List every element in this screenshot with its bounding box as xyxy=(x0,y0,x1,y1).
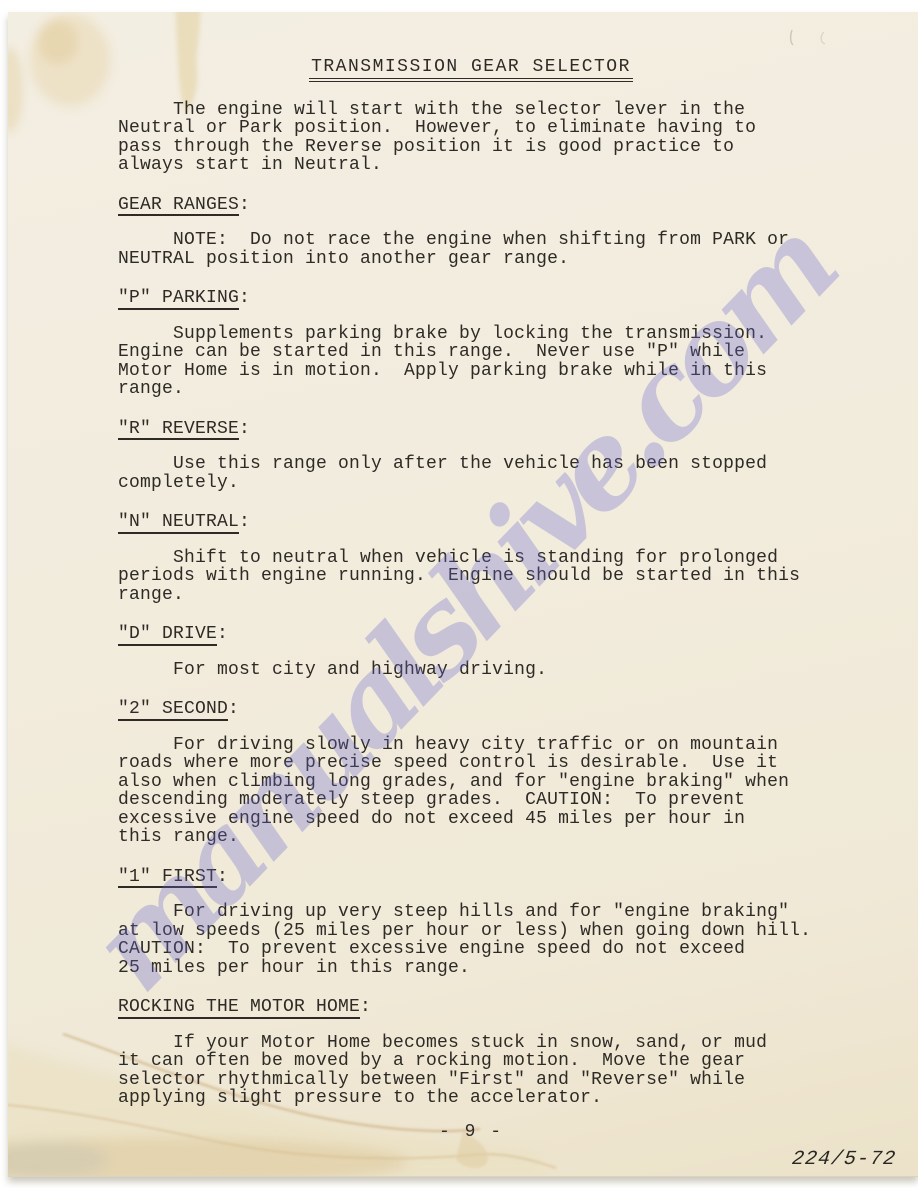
page-title: TRANSMISSION GEAR SELECTOR xyxy=(309,58,633,82)
page-number: - 9 - xyxy=(118,1122,824,1142)
section-d-drive: "D" DRIVE: For most city and highway dri… xyxy=(118,625,824,679)
section-body: For most city and highway driving. xyxy=(118,661,824,680)
section-heading: GEAR RANGES: xyxy=(118,196,824,217)
section-heading: "1" FIRST: xyxy=(118,868,824,889)
section-gear-ranges: GEAR RANGES: NOTE: Do not race the engin… xyxy=(118,196,824,269)
section-body: For driving up very steep hills and for … xyxy=(118,903,824,977)
doc-code: 224/5-72 xyxy=(791,1148,897,1171)
stain-top-left xyxy=(30,14,110,106)
section-body: If your Motor Home becomes stuck in snow… xyxy=(118,1034,824,1108)
scan-artifact-marks xyxy=(791,30,825,45)
title-row: TRANSMISSION GEAR SELECTOR xyxy=(118,58,824,82)
scanned-page-background: TRANSMISSION GEAR SELECTOR The engine wi… xyxy=(0,0,918,1188)
section-1-first: "1" FIRST: For driving up very steep hil… xyxy=(118,868,824,978)
section-body: NOTE: Do not race the engine when shifti… xyxy=(118,231,824,268)
section-r-reverse: "R" REVERSE: Use this range only after t… xyxy=(118,420,824,493)
section-heading: "P" PARKING: xyxy=(118,289,824,310)
section-rocking-motor-home: ROCKING THE MOTOR HOME: If your Motor Ho… xyxy=(118,998,824,1108)
stain-left-edge xyxy=(8,48,23,132)
typewritten-content: TRANSMISSION GEAR SELECTOR The engine wi… xyxy=(118,58,824,1108)
section-body: For driving slowly in heavy city traffic… xyxy=(118,736,824,847)
paper-sheet: TRANSMISSION GEAR SELECTOR The engine wi… xyxy=(8,12,918,1177)
section-heading: "2" SECOND: xyxy=(118,700,824,721)
section-body: Use this range only after the vehicle ha… xyxy=(118,455,824,492)
intro-paragraph: The engine will start with the selector … xyxy=(118,101,824,175)
section-2-second: "2" SECOND: For driving slowly in heavy … xyxy=(118,700,824,847)
section-body: Shift to neutral when vehicle is standin… xyxy=(118,549,824,605)
section-heading: "N" NEUTRAL: xyxy=(118,513,824,534)
section-n-neutral: "N" NEUTRAL: Shift to neutral when vehic… xyxy=(118,513,824,604)
section-heading: "R" REVERSE: xyxy=(118,420,824,441)
section-heading: ROCKING THE MOTOR HOME: xyxy=(118,998,824,1019)
section-body: Supplements parking brake by locking the… xyxy=(118,325,824,399)
section-heading: "D" DRIVE: xyxy=(118,625,824,646)
section-p-parking: "P" PARKING: Supplements parking brake b… xyxy=(118,289,824,399)
